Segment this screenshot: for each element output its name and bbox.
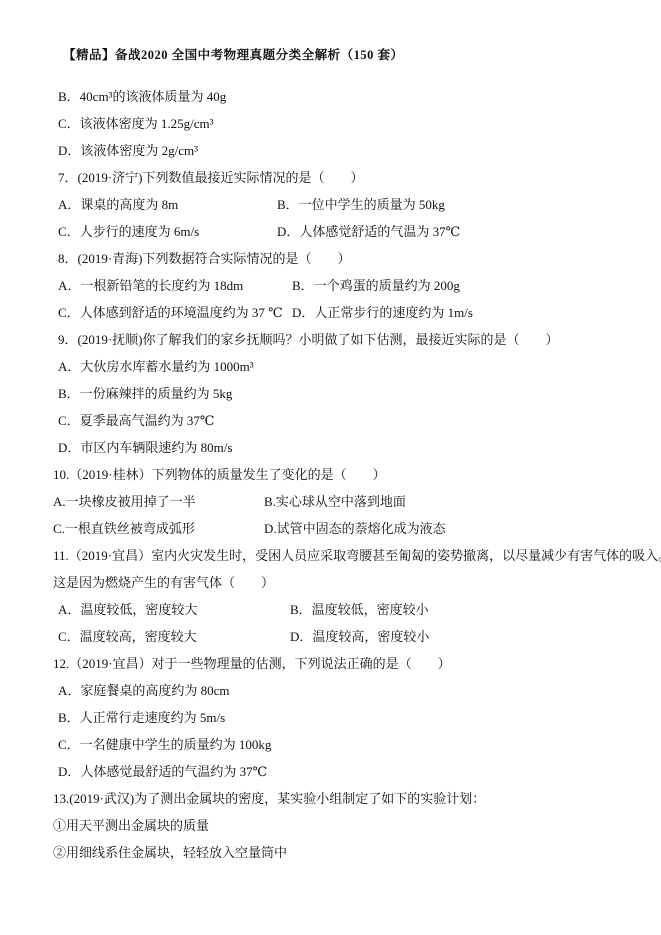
document-body: B．40cm³的该液体质量为 40g C．该液体密度为 1.25g/cm³ D．…	[0, 83, 661, 866]
option-line-6d: D．该液体密度为 2g/cm³	[0, 137, 661, 164]
option-text: B．40cm³的该液体质量为 40g	[58, 89, 226, 104]
question-13-step-2: ②用细线系住金属块，轻轻放入空量筒中	[0, 839, 661, 866]
question-7-stem: 7．(2019·济宁)下列数值最接近实际情况的是（ ）	[0, 164, 661, 191]
question-8-stem: 8．(2019·青海)下列数据符合实际情况的是（ ）	[0, 245, 661, 272]
question-7-options-ab: A．课桌的高度为 8mB．一位中学生的质量为 50kg	[0, 191, 661, 218]
option-text: B．人正常行走速度约为 5m/s	[58, 710, 225, 725]
option-text: C．人步行的速度为 6m/s	[58, 224, 199, 239]
option-text: B.实心球从空中落到地面	[264, 488, 406, 515]
question-12-option-a: A．家庭餐桌的高度约为 80cm	[0, 677, 661, 704]
question-text: 10.（2019·桂林）下列物体的质量发生了变化的是（ ）	[53, 467, 386, 482]
step-text: ②用细线系住金属块，轻轻放入空量筒中	[53, 845, 287, 860]
question-12-stem: 12.（2019·宜昌）对于一些物理量的估测，下列说法正确的是（ ）	[0, 650, 661, 677]
option-line-6b: B．40cm³的该液体质量为 40g	[0, 83, 661, 110]
question-9-option-d: D．市区内车辆限速约为 80m/s	[0, 434, 661, 461]
question-10-options-cd: C.一根直铁丝被弯成弧形D.试管中固态的萘熔化成为液态	[0, 515, 661, 542]
question-11-options-ab: A．温度较低，密度较大B．温度较低，密度较小	[0, 596, 661, 623]
question-13-stem: 13.(2019·武汉)为了测出金属块的密度，某实验小组制定了如下的实验计划：	[0, 785, 661, 812]
option-text: A．课桌的高度为 8m	[58, 197, 178, 212]
question-11-options-cd: C．温度较高，密度较大D．温度较高，密度较小	[0, 623, 661, 650]
question-9-option-a: A．大伙房水库蓄水量约为 1000m³	[0, 353, 661, 380]
question-text: 这是因为燃烧产生的有害气体（ ）	[53, 575, 274, 590]
question-text: 11.（2019·宜昌）室内火灾发生时，受困人员应采取弯腰甚至匍匐的姿势撤离，以…	[53, 548, 661, 563]
question-text: 8．(2019·青海)下列数据符合实际情况的是（ ）	[58, 251, 351, 266]
option-text: D．人体感觉最舒适的气温约为 37℃	[58, 764, 267, 779]
option-text: C．该液体密度为 1.25g/cm³	[58, 116, 214, 131]
question-text: 12.（2019·宜昌）对于一些物理量的估测，下列说法正确的是（ ）	[53, 656, 451, 671]
option-text: D．人正常步行的速度约为 1m/s	[292, 299, 473, 326]
option-text: D．市区内车辆限速约为 80m/s	[58, 440, 232, 455]
question-8-options-cd: C．人体感到舒适的环境温度约为 37 ℃D．人正常步行的速度约为 1m/s	[0, 299, 661, 326]
option-text: B．一位中学生的质量为 50kg	[277, 191, 445, 218]
option-line-6c: C．该液体密度为 1.25g/cm³	[0, 110, 661, 137]
option-text: A．大伙房水库蓄水量约为 1000m³	[58, 359, 254, 374]
document-page: 【精品】备战2020 全国中考物理真题分类全解析（150 套） B．40cm³的…	[0, 0, 661, 935]
question-13-step-1: ①用天平测出金属块的质量	[0, 812, 661, 839]
question-text: 9．(2019·抚顺)你了解我们的家乡抚顺吗？小明做了如下估测，最接近实际的是（…	[58, 332, 559, 347]
step-text: ①用天平测出金属块的质量	[53, 818, 209, 833]
option-text: A．一根新铅笔的长度约为 18dm	[58, 278, 243, 293]
question-text: 7．(2019·济宁)下列数值最接近实际情况的是（ ）	[58, 170, 364, 185]
option-text: D.试管中固态的萘熔化成为液态	[264, 515, 446, 542]
option-text: A．温度较低，密度较大	[58, 602, 197, 617]
option-text: C．夏季最高气温约为 37℃	[58, 413, 214, 428]
option-text: A．家庭餐桌的高度约为 80cm	[58, 683, 230, 698]
option-text: C．温度较高，密度较大	[58, 629, 197, 644]
question-9-stem: 9．(2019·抚顺)你了解我们的家乡抚顺吗？小明做了如下估测，最接近实际的是（…	[0, 326, 661, 353]
option-text: C.一根直铁丝被弯成弧形	[53, 521, 195, 536]
option-text: B．温度较低，密度较小	[290, 596, 429, 623]
option-text: B．一个鸡蛋的质量约为 200g	[292, 272, 460, 299]
option-text: D．人体感觉舒适的气温为 37℃	[277, 218, 460, 245]
option-text: B．一份麻辣拌的质量约为 5kg	[58, 386, 232, 401]
question-12-option-d: D．人体感觉最舒适的气温约为 37℃	[0, 758, 661, 785]
document-title: 【精品】备战2020 全国中考物理真题分类全解析（150 套）	[63, 45, 404, 63]
question-7-options-cd: C．人步行的速度为 6m/sD．人体感觉舒适的气温为 37℃	[0, 218, 661, 245]
question-11-stem-line2: 这是因为燃烧产生的有害气体（ ）	[0, 569, 661, 596]
question-9-option-b: B．一份麻辣拌的质量约为 5kg	[0, 380, 661, 407]
question-8-options-ab: A．一根新铅笔的长度约为 18dmB．一个鸡蛋的质量约为 200g	[0, 272, 661, 299]
option-text: D．该液体密度为 2g/cm³	[58, 143, 198, 158]
option-text: A.一块橡皮被用掉了一半	[53, 494, 196, 509]
question-11-stem-line1: 11.（2019·宜昌）室内火灾发生时，受困人员应采取弯腰甚至匍匐的姿势撤离，以…	[0, 542, 661, 569]
option-text: C．人体感到舒适的环境温度约为 37 ℃	[58, 305, 283, 320]
question-12-option-b: B．人正常行走速度约为 5m/s	[0, 704, 661, 731]
question-12-option-c: C．一名健康中学生的质量约为 100kg	[0, 731, 661, 758]
question-text: 13.(2019·武汉)为了测出金属块的密度，某实验小组制定了如下的实验计划：	[53, 791, 485, 806]
question-9-option-c: C．夏季最高气温约为 37℃	[0, 407, 661, 434]
question-10-options-ab: A.一块橡皮被用掉了一半B.实心球从空中落到地面	[0, 488, 661, 515]
option-text: D．温度较高，密度较小	[290, 623, 429, 650]
option-text: C．一名健康中学生的质量约为 100kg	[58, 737, 271, 752]
question-10-stem: 10.（2019·桂林）下列物体的质量发生了变化的是（ ）	[0, 461, 661, 488]
